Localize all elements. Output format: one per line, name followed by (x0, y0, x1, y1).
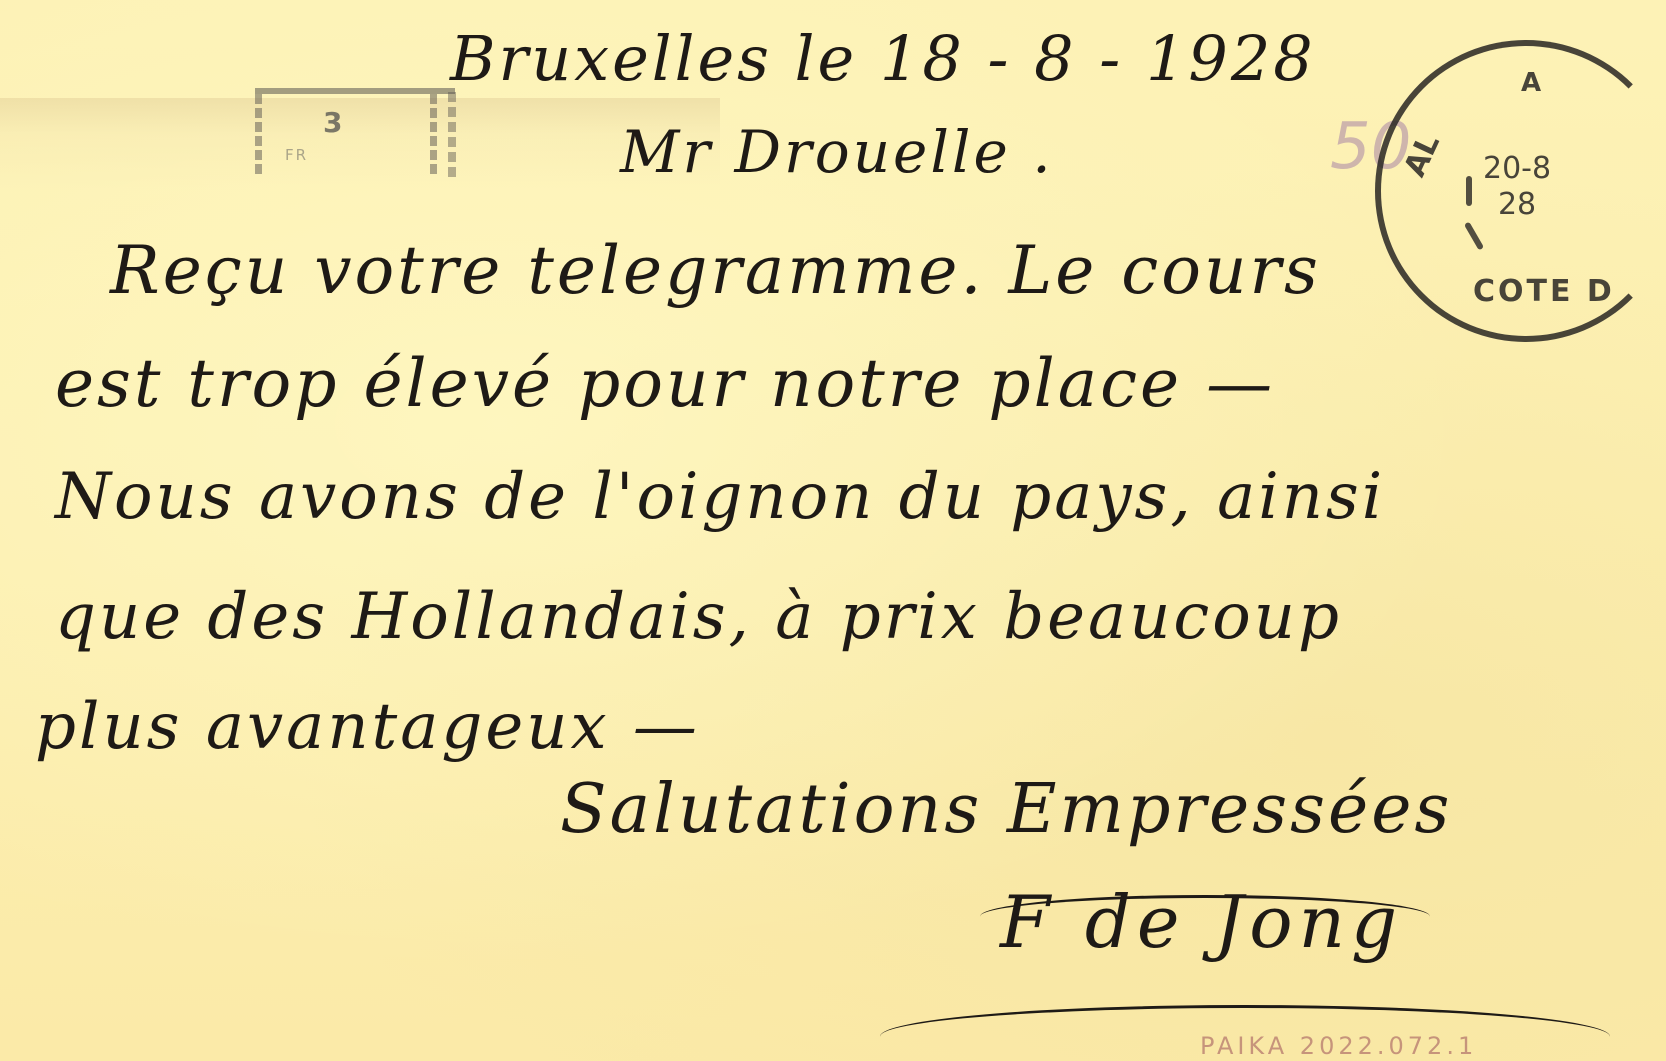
signature: F de Jong (1000, 880, 1403, 964)
body-line-1: Reçu votre telegramme. Le cours (110, 232, 1321, 309)
meter-stamp: 3 FR (255, 88, 455, 184)
meter-bar-right (430, 94, 437, 174)
body-line-2: est trop élevé pour notre place — (55, 345, 1275, 422)
postmark-date-line1: 20-8 (1483, 151, 1551, 187)
postmark-bottom-text: COTE D (1473, 274, 1615, 309)
postmark-date: 20-8 28 (1483, 151, 1551, 223)
postmark: A AL 20-8 28 COTE D (1375, 40, 1666, 342)
body-line-3: Nous avons de l'oignon du pays, ainsi (55, 460, 1385, 534)
closing: Salutations Empressées (560, 770, 1452, 849)
postmark-tick (1466, 176, 1472, 206)
salutation: Mr Drouelle . (620, 118, 1054, 186)
meter-digit: 3 (323, 106, 342, 139)
meter-bar-far (448, 92, 456, 182)
meter-bar-left (255, 94, 262, 174)
postmark-date-line2: 28 (1483, 187, 1551, 223)
postmark-top-text: A (1521, 68, 1541, 98)
body-line-5: plus avantageux — (35, 690, 700, 764)
meter-sub: FR (285, 146, 308, 164)
archive-number: PAIKA 2022.072.1 (1200, 1032, 1477, 1060)
postmark-tick (1464, 222, 1484, 251)
place-date: Bruxelles le 18 - 8 - 1928 (450, 22, 1316, 95)
postcard: 3 FR Bruxelles le 18 - 8 - 1928 Mr Droue… (0, 0, 1666, 1061)
body-line-4: que des Hollandais, à prix beaucoup (55, 580, 1342, 654)
postmark-left-text: AL (1397, 129, 1447, 182)
